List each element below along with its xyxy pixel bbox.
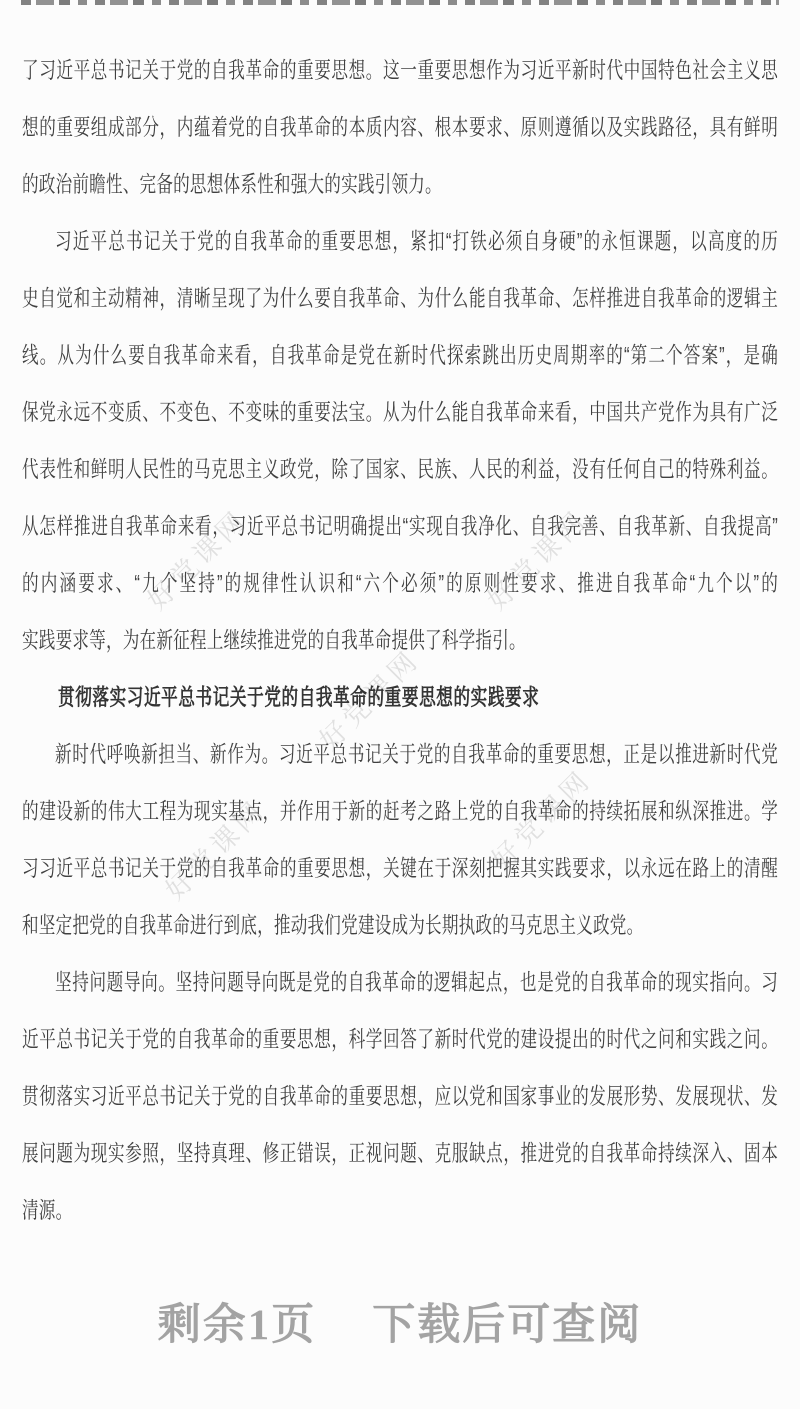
- clipped-text-line: [21, 0, 779, 5]
- download-hint-label: 下载后可查阅: [372, 1301, 642, 1351]
- page-remaining-notice: 剩余1页 下载后可查阅: [0, 1301, 800, 1351]
- document-content: 了习近平总书记关于党的自我革命的重要思想。这一重要思想作为习近平新时代中国特色社…: [22, 42, 778, 1239]
- document-page: { "document": { "paragraphs": [ { "role"…: [0, 0, 800, 1409]
- pages-remaining-label: 剩余1页: [158, 1301, 317, 1351]
- text-line: 清源。: [22, 1171, 778, 1250]
